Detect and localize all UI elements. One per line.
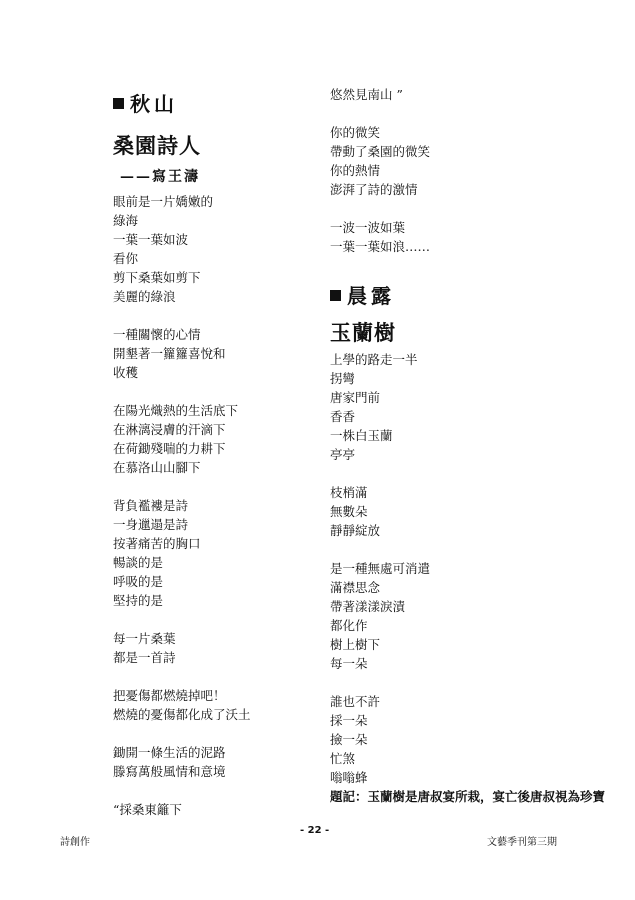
poem-line: 滕寫萬般風情和意境	[113, 762, 251, 781]
stanza-break	[330, 104, 430, 123]
poem-title: 桑園詩人	[113, 130, 201, 160]
poem-line: 在淋漓浸膚的汗滴下	[113, 420, 251, 439]
stanza-break	[113, 306, 251, 325]
poem-line: 一葉一葉如波	[113, 230, 251, 249]
poem-line: 一株白玉蘭	[330, 426, 430, 445]
poem-line: 燃燒的憂傷都化成了沃土	[113, 705, 251, 724]
poem-line: 都化作	[330, 616, 430, 635]
stanza-break	[113, 724, 251, 743]
poem-line: 拐彎	[330, 369, 430, 388]
stanza-break	[330, 199, 430, 218]
poem-line: 亭亭	[330, 445, 430, 464]
poem-line: 背負襤褸是詩	[113, 496, 251, 515]
poem-line: 採一朵	[330, 711, 430, 730]
poem-line: 靜靜綻放	[330, 521, 430, 540]
poem-line: 綠海	[113, 211, 251, 230]
poem-line: 枝梢滿	[330, 483, 430, 502]
section-name: 晨露	[347, 284, 395, 308]
poem-line: 剪下桑葉如剪下	[113, 268, 251, 287]
poem-line: 是一種無處可消遣	[330, 559, 430, 578]
inscription-note: 題記：玉蘭樹是唐叔宴所栽，宴亡後唐叔視為珍寶	[330, 787, 605, 805]
poem-line: 看你	[113, 249, 251, 268]
poem-line: 鋤開一條生活的泥路	[113, 743, 251, 762]
poem-line: 按著痛苦的胸口	[113, 534, 251, 553]
poem-line: 呼吸的是	[113, 572, 251, 591]
poem-body-left: 眼前是一片嬌嫩的綠海一葉一葉如波看你剪下桑葉如剪下美麗的綠浪一種關懷的心情開墾著…	[113, 192, 251, 819]
poem-line: 忙煞	[330, 749, 430, 768]
poem-line: 滿襟思念	[330, 578, 430, 597]
poem-line: 一葉一葉如浪……	[330, 237, 430, 256]
poem-line: 收穫	[113, 363, 251, 382]
author-line: ——寫王濤	[120, 166, 200, 186]
poem-line: 一種關懷的心情	[113, 325, 251, 344]
stanza-break	[330, 540, 430, 559]
stanza-break	[113, 382, 251, 401]
poem-line: 美麗的綠浪	[113, 287, 251, 306]
page-number: - 22 -	[300, 825, 329, 836]
poem-line: 樹上樹下	[330, 635, 430, 654]
poem-line: 在慕洛山山腳下	[113, 458, 251, 477]
poem-line: 每一片桑葉	[113, 629, 251, 648]
poem-line: 在荷鋤殘喘的力耕下	[113, 439, 251, 458]
poem-line: 嗡嗡蜂	[330, 768, 430, 787]
poem-line: 撿一朵	[330, 730, 430, 749]
footer-section-label: 詩創作	[60, 833, 90, 848]
stanza-break	[330, 673, 430, 692]
square-bullet-icon	[330, 290, 341, 301]
stanza-break	[113, 667, 251, 686]
poem-line: 每一朵	[330, 654, 430, 673]
poem-line: 帶動了桑園的微笑	[330, 142, 430, 161]
footer-publication: 文藝季刊第三期	[487, 833, 557, 848]
stanza-break	[330, 464, 430, 483]
poem-line: 悠然見南山 ”	[330, 85, 430, 104]
poem-body-right: 上學的路走一半拐彎唐家門前香香一株白玉蘭亭亭枝梢滿無數朵靜靜綻放是一種無處可消遣…	[330, 350, 430, 787]
poem-line: 開墾著一籮籮喜悅和	[113, 344, 251, 363]
section-heading-morning-dew: 晨露	[330, 280, 395, 309]
poem-line: 上學的路走一半	[330, 350, 430, 369]
poem-line: 你的熱情	[330, 161, 430, 180]
section-name: 秋山	[130, 92, 178, 116]
poem-line: 堅持的是	[113, 591, 251, 610]
stanza-break	[113, 477, 251, 496]
poem-line: 眼前是一片嬌嫩的	[113, 192, 251, 211]
poem-body-continuation: 悠然見南山 ”你的微笑帶動了桑園的微笑你的熱情澎湃了詩的激情一波一波如葉一葉一葉…	[330, 85, 430, 256]
poem-line: 把憂傷都燃燒掉吧！	[113, 686, 251, 705]
section-heading-autumn-mountain: 秋山	[113, 88, 178, 117]
poem-line: 誰也不許	[330, 692, 430, 711]
poem-line: 一身邋遢是詩	[113, 515, 251, 534]
poem-line: 一波一波如葉	[330, 218, 430, 237]
poem-line: 無數朵	[330, 502, 430, 521]
poem-line: 帶著漾漾淚漬	[330, 597, 430, 616]
square-bullet-icon	[113, 98, 124, 109]
poem-line: 在陽光熾熱的生活底下	[113, 401, 251, 420]
poem-line: 暢談的是	[113, 553, 251, 572]
poem-title: 玉蘭樹	[330, 317, 396, 347]
poem-line: 都是一首詩	[113, 648, 251, 667]
poem-line: 唐家門前	[330, 388, 430, 407]
stanza-break	[113, 610, 251, 629]
poem-line: 你的微笑	[330, 123, 430, 142]
poem-line: 香香	[330, 407, 430, 426]
poem-line: “採桑東籬下	[113, 800, 251, 819]
poem-line: 澎湃了詩的激情	[330, 180, 430, 199]
stanza-break	[113, 781, 251, 800]
